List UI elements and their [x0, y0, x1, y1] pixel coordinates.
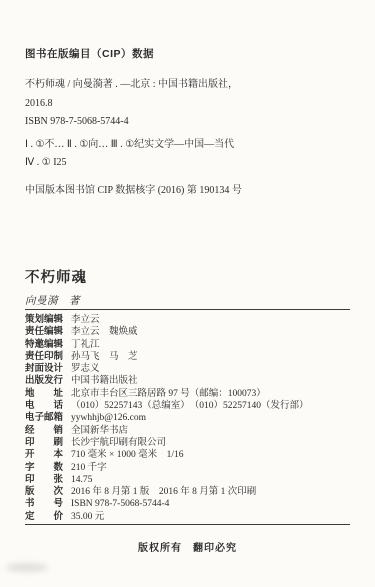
row-value: 14.75 [71, 474, 92, 486]
colophon-row: 开 本710 毫米 × 1000 毫米 1/16 [25, 449, 350, 461]
colophon-row: 地 址北京市丰台区三路居路 97 号（邮编：100073） [25, 388, 350, 400]
colophon-block: 不朽师魂 向曼漪 著 策划编辑李立云责任编辑李立云 魏焕威特邀编辑丁礼江责任印制… [25, 266, 350, 525]
colophon-row: 版 次2016 年 8 月第 1 版 2016 年 8 月第 1 次印刷 [25, 486, 350, 498]
row-label: 策划编辑 [25, 314, 66, 326]
row-label: 版 次 [25, 486, 66, 498]
row-value: 210 千字 [71, 462, 107, 474]
row-label: 封面设计 [25, 363, 66, 375]
row-label: 特邀编辑 [25, 339, 66, 351]
row-label: 开 本 [25, 449, 66, 461]
colophon-rows: 策划编辑李立云责任编辑李立云 魏焕威特邀编辑丁礼江责任印制孙马飞 马 芝封面设计… [25, 314, 350, 523]
cip-line-title-author: 不朽师魂 / 向曼漪著 . —北京 : 中国书籍出版社， [25, 76, 350, 95]
footer: 版权所有 翻印必究 [0, 539, 375, 554]
colophon-row: 书 号ISBN 978-7-5068-5744-4 [25, 498, 350, 510]
row-value: 丁礼江 [71, 339, 100, 351]
row-label: 字 数 [25, 462, 66, 474]
row-label: 电 话 [25, 400, 66, 412]
cip-description: 不朽师魂 / 向曼漪著 . —北京 : 中国书籍出版社， 2016.8 ISBN… [25, 76, 350, 132]
cip-classification-line-2: Ⅳ . ① I25 [25, 154, 350, 173]
row-value: 35.00 元 [71, 511, 104, 523]
row-label: 责任编辑 [25, 326, 66, 338]
colophon-row: 责任印制孙马飞 马 芝 [25, 351, 350, 363]
colophon-row: 责任编辑李立云 魏焕威 [25, 326, 350, 338]
row-label: 电子邮箱 [25, 412, 66, 424]
colophon-row: 印 张14.75 [25, 474, 350, 486]
row-label: 责任印制 [25, 351, 66, 363]
row-value: 710 毫米 × 1000 毫米 1/16 [71, 449, 184, 461]
row-value: ISBN 978-7-5068-5744-4 [71, 498, 169, 510]
colophon-row: 特邀编辑丁礼江 [25, 339, 350, 351]
cip-line-year: 2016.8 [25, 95, 350, 114]
row-value: 中国书籍出版社 [71, 375, 138, 387]
row-value: 2016 年 8 月第 1 版 2016 年 8 月第 1 次印刷 [71, 486, 256, 498]
cip-classification-line-1: Ⅰ . ①不… Ⅱ . ①向… Ⅲ . ①纪实文学—中国—当代 [25, 136, 350, 155]
colophon-row: 封面设计罗志义 [25, 363, 350, 375]
colophon-row: 印 刷长沙宇航印刷有限公司 [25, 437, 350, 449]
author-line: 向曼漪 著 [25, 293, 350, 308]
divider-top [25, 309, 350, 310]
row-label: 经 销 [25, 425, 66, 437]
scan-smudge-artifact [6, 563, 48, 572]
cip-classification: Ⅰ . ①不… Ⅱ . ①向… Ⅲ . ①纪实文学—中国—当代 Ⅳ . ① I2… [25, 136, 350, 173]
cip-block: 图书在版编目（CIP）数据 不朽师魂 / 向曼漪著 . —北京 : 中国书籍出版… [25, 46, 350, 200]
colophon-row: 字 数210 千字 [25, 462, 350, 474]
row-value: 罗志义 [71, 363, 100, 375]
row-value: （010）52257143（总编室） （010）52257140（发行部） [71, 400, 309, 412]
row-value: 李立云 魏焕威 [71, 326, 138, 338]
row-value: yywhhjb@126.com [71, 412, 146, 424]
row-value: 北京市丰台区三路居路 97 号（邮编：100073） [71, 388, 266, 400]
row-label: 地 址 [25, 388, 66, 400]
row-label: 印 刷 [25, 437, 66, 449]
cip-record-number: 中国版本图书馆 CIP 数据核字 (2016) 第 190134 号 [25, 182, 350, 201]
colophon-row: 出版发行中国书籍出版社 [25, 375, 350, 387]
book-title: 不朽师魂 [25, 266, 350, 287]
copyright-page: 图书在版编目（CIP）数据 不朽师魂 / 向曼漪著 . —北京 : 中国书籍出版… [0, 0, 375, 587]
row-value: 李立云 [71, 314, 100, 326]
row-value: 长沙宇航印刷有限公司 [71, 437, 166, 449]
colophon-row: 经 销全国新华书店 [25, 425, 350, 437]
row-value: 孙马飞 马 芝 [71, 351, 138, 363]
row-label: 书 号 [25, 498, 66, 510]
divider-bottom [25, 524, 350, 525]
colophon-row: 定 价35.00 元 [25, 511, 350, 523]
cip-heading: 图书在版编目（CIP）数据 [25, 46, 350, 61]
row-label: 定 价 [25, 511, 66, 523]
copyright-notice: 版权所有 翻印必究 [25, 539, 350, 554]
colophon-row: 电 话（010）52257143（总编室） （010）52257140（发行部） [25, 400, 350, 412]
row-value: 全国新华书店 [71, 425, 128, 437]
row-label: 出版发行 [25, 375, 66, 387]
cip-line-isbn: ISBN 978-7-5068-5744-4 [25, 113, 350, 132]
colophon-row: 策划编辑李立云 [25, 314, 350, 326]
row-label: 印 张 [25, 474, 66, 486]
colophon-row: 电子邮箱yywhhjb@126.com [25, 412, 350, 424]
